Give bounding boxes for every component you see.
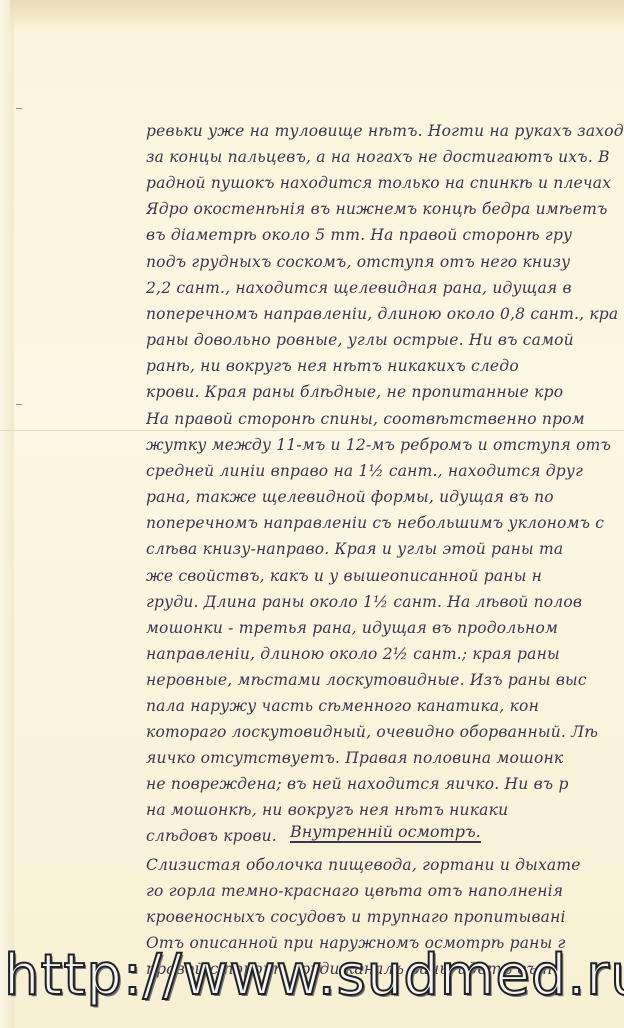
text-line: слѣва книзу-направо. Края и углы этой ра… [146,540,624,558]
text-line: го горла темно-краснаго цвѣта отъ наполн… [146,882,624,900]
text-line: ранѣ, ни вокругъ нея нѣтъ никакихъ следо [146,357,624,375]
watermark-url: http://www.sudmed.ru [4,948,624,1004]
top-fold-shadow [10,0,624,30]
text-line: раны довольно ровные, углы острые. Ни въ… [146,331,624,349]
text-line: рана, также щелевидной формы, идущая въ … [146,488,624,506]
section-heading: Внутренній осмотръ. [290,822,481,843]
left-margin-strip [0,0,15,1028]
text-line: радной пушокъ находится только на спинкѣ… [146,174,624,192]
fold-line [0,430,624,431]
text-line: крови. Края раны блѣдные, не пропитанные… [146,383,624,401]
text-line: На правой сторонѣ спины, соотвѣтственно … [146,410,624,428]
text-line: же свойствъ, какъ и у вышеописанной раны… [146,567,624,585]
text-line: ревьки уже на туловище нѣтъ. Ногти на ру… [146,122,624,140]
text-line: направленіи, длиною около 2½ сант.; края… [146,645,624,663]
text-line: средней линіи вправо на 1½ сант., находи… [146,462,624,480]
text-line: котораго лоскутовидный, очевидно оборван… [146,723,624,741]
text-line: груди. Длина раны около 1½ сант. На лѣво… [146,593,624,611]
text-line: поперечномъ направленіи съ небольшимъ ук… [146,514,624,532]
text-line: кровеносныхъ сосудовъ и трупнаго пропиты… [146,908,624,926]
text-line: поперечномъ направленіи, длиною около 0,… [146,305,624,323]
text-line: за концы пальцевъ, а на ногахъ не достиг… [146,148,624,166]
margin-mark [16,108,22,109]
text-line: яичко отсутствуетъ. Правая половина мошо… [146,749,624,767]
text-line: не повреждена; въ ней находится яичко. Н… [146,775,624,793]
text-line: неровные, мѣстами лоскутовидные. Изъ ран… [146,671,624,689]
text-line: въ діаметрѣ около 5 mm. На правой сторон… [146,226,624,244]
text-line: 2,2 сант., находится щелевидная рана, ид… [146,279,624,297]
text-line: на мошонкѣ, ни вокругъ нея нѣтъ никаки [146,801,624,819]
text-line: жутку между 11-мъ и 12-мъ ребромъ и отст… [146,436,624,454]
text-line: подъ грудныхъ соскомъ, отступя отъ него … [146,253,624,271]
text-line: Слизистая оболочка пищевода, гортани и д… [146,856,624,874]
text-line: мошонки - третья рана, идущая въ продоль… [146,619,624,637]
text-line: Ядро окостенѣнія въ нижнемъ концѣ бедра … [146,200,624,218]
text-line: пала наружу часть сѣменного канатика, ко… [146,697,624,715]
margin-mark [16,404,22,405]
